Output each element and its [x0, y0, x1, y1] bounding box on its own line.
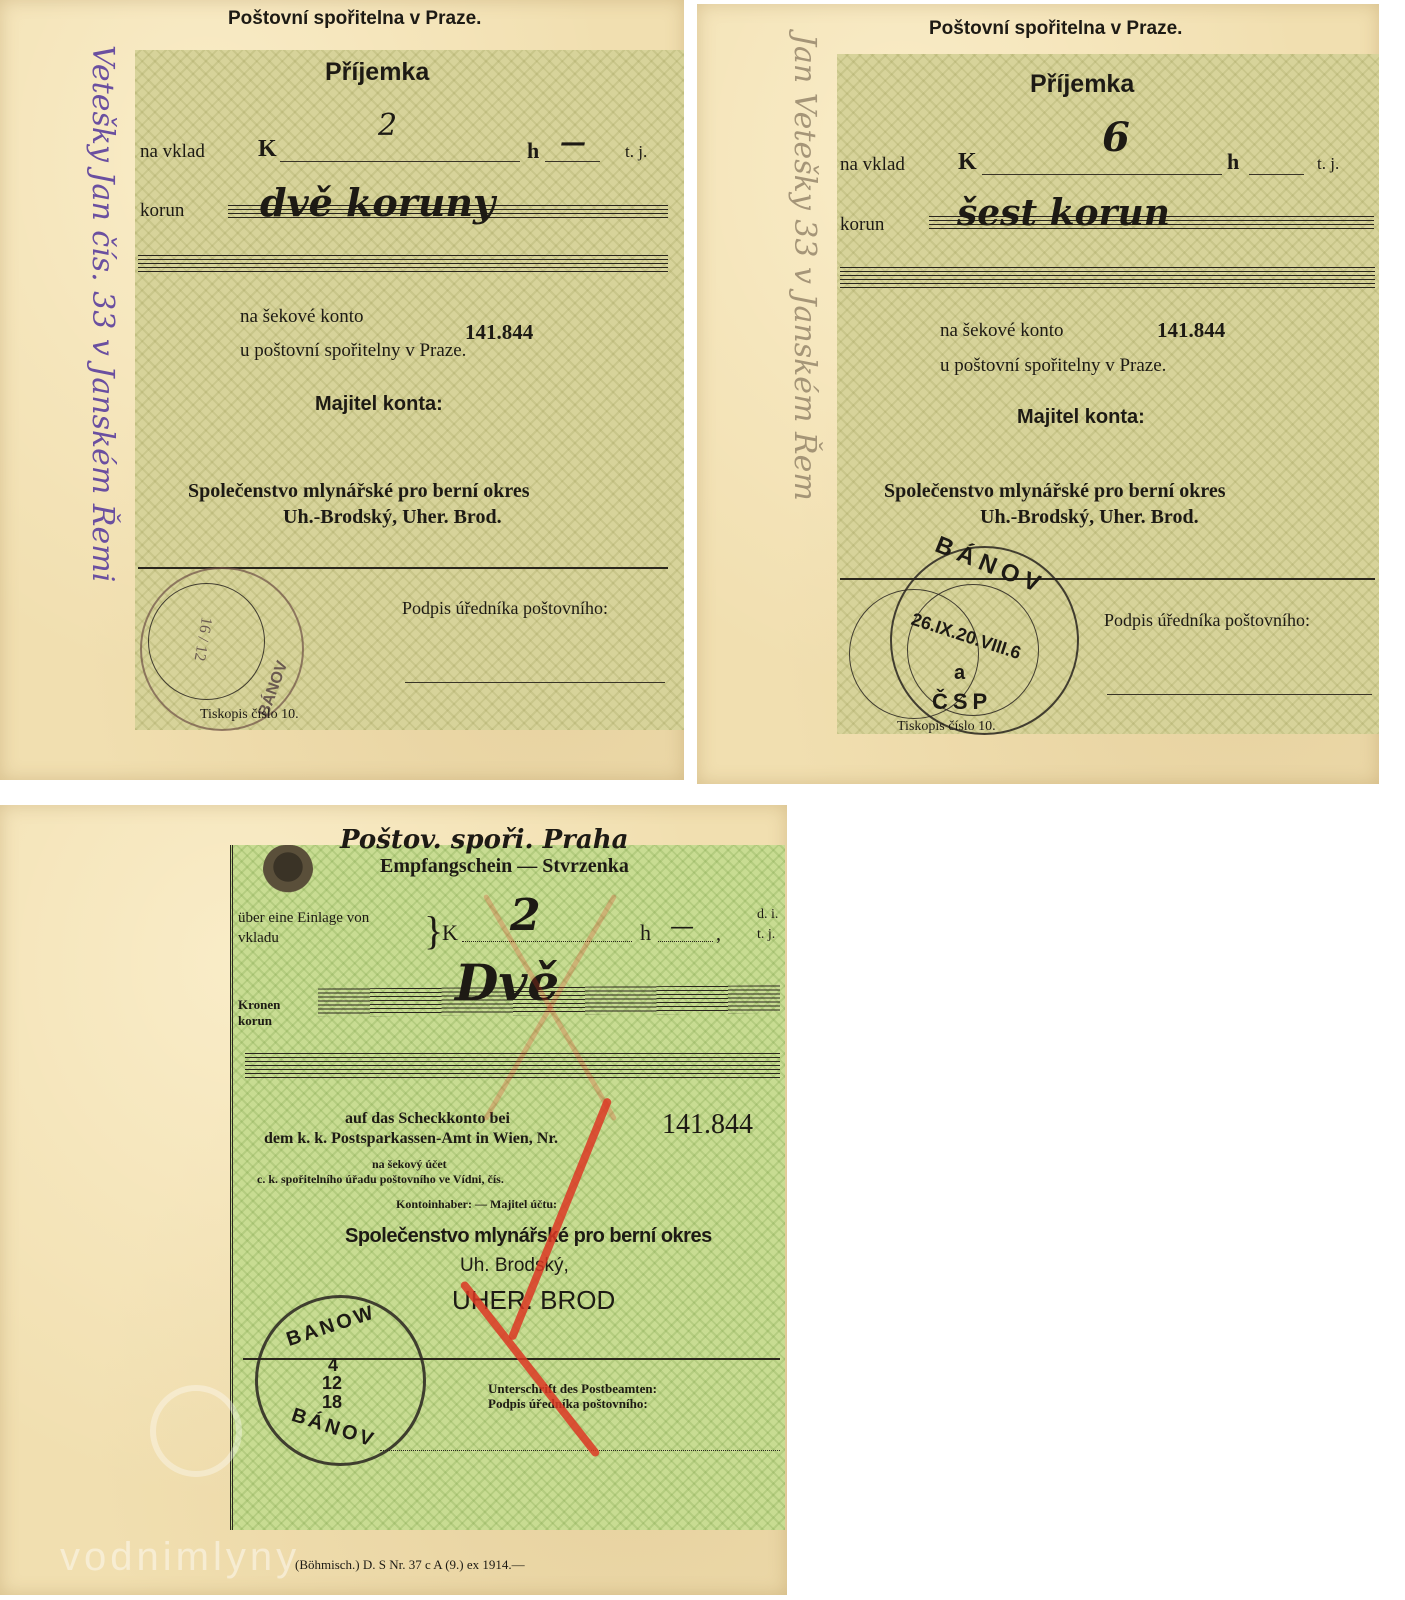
receipt-2-amount-k: 6	[1102, 114, 1130, 161]
receipt-1-owner-line1: Společenstvo mlynářské pro berní okres	[188, 480, 530, 503]
receipt-1-signature-label: Podpis úředníka poštovního:	[402, 598, 608, 619]
austrian-currency-h: h	[640, 920, 651, 946]
austrian-owner-label: Kontoinhaber: — Majitel účtu:	[396, 1197, 557, 1212]
austrian-amount-words: Dvě	[455, 953, 559, 1012]
receipt-1-korun-label: korun	[140, 200, 184, 222]
austrian-deposit-label-cz: vkladu	[238, 930, 279, 947]
receipt-1-deposit-label: na vklad	[140, 141, 205, 163]
austrian-title: Empfangschein — Stvrzenka	[380, 855, 629, 878]
receipt-1-account-line1: na šekové konto	[240, 306, 363, 328]
receipt-1-title: Příjemka	[325, 58, 429, 87]
austrian-postmark-year: 18	[322, 1392, 342, 1413]
receipt-2-owner-label: Majitel konta:	[1017, 406, 1145, 429]
receipt-2-signature-line	[1107, 694, 1372, 695]
austrian-signature-label-cz: Podpis úředníka poštovního:	[488, 1396, 648, 1412]
receipt-2-header: Poštovní spořitelna v Praze.	[929, 18, 1182, 40]
austrian-brace-left: }	[424, 907, 443, 954]
receipt-2-korun-label: korun	[840, 214, 884, 236]
austrian-account-cz-line2: c. k. spořitelního úřadu poštovního ve V…	[257, 1172, 504, 1187]
receipt-2-account-line1: na šekové konto	[940, 320, 1063, 342]
receipt-2-account-line2: u poštovní spořitelny v Praze.	[940, 355, 1166, 377]
austrian-kronen-label: Kronen	[238, 997, 280, 1013]
receipt-1-amount-words: dvě koruny	[260, 180, 495, 225]
austrian-korun-label: korun	[238, 1013, 272, 1029]
receipt-1-h-line	[545, 161, 600, 162]
austrian-k-line	[462, 941, 632, 942]
watermark-logo-icon	[150, 1385, 242, 1477]
receipt-2-postmark-suffix: a	[954, 662, 965, 685]
austrian-account-cz-line1: na šekový účet	[372, 1157, 447, 1172]
austrian-footer: (Böhmisch.) D. S Nr. 37 c A (9.) ex 1914…	[295, 1557, 525, 1573]
austrian-signature-line	[380, 1450, 780, 1451]
receipt-2-h-line	[1249, 174, 1304, 175]
receipt-1-account-line2: u poštovní spořitelny v Praze.	[240, 340, 466, 362]
austrian-deposit-label-de: über eine Einlage von	[238, 910, 369, 927]
receipt-2-blank-lines	[840, 267, 1375, 289]
receipt-1-currency-h: h	[527, 138, 539, 164]
receipt-2-k-line	[982, 174, 1222, 175]
receipt-2-amount-words: šest korun	[957, 192, 1170, 234]
receipt-1-owner-line2: Uh.-Brodský, Uher. Brod.	[283, 506, 502, 529]
receipt-1-k-line	[280, 161, 520, 162]
austrian-comma: ,	[716, 923, 721, 946]
receipt-2-form-number: Tiskopis číslo 10.	[897, 719, 996, 735]
receipt-2-signature-label: Podpis úředníka poštovního:	[1104, 610, 1310, 631]
receipt-2-deposit-label: na vklad	[840, 154, 905, 176]
austrian-handwritten-header: Poštov. spoři. Praha	[340, 825, 628, 855]
receipt-2-postmark-bottom: ČSP	[932, 689, 992, 715]
receipt-1-form-number: Tiskopis číslo 10.	[200, 707, 299, 723]
receipt-1-amount-h: —	[560, 128, 586, 158]
austrian-receipt: Poštov. spoři. Praha Empfangschein — Stv…	[0, 805, 787, 1595]
receipt-1-owner-label: Majitel konta:	[315, 393, 443, 416]
austrian-currency-k: K	[442, 920, 458, 946]
austrian-tj: t. j.	[757, 927, 775, 943]
receipt-2-title: Příjemka	[1030, 70, 1134, 99]
receipt-2-currency-h: h	[1227, 149, 1239, 175]
eagle-crest-icon	[263, 845, 313, 900]
receipt-1: Poštovní spořitelna v Praze. Příjemka na…	[0, 0, 684, 780]
austrian-h-line	[658, 941, 713, 942]
receipt-2-account-number: 141.844	[1157, 318, 1225, 343]
receipt-2: Poštovní spořitelna v Praze. Příjemka na…	[697, 4, 1379, 784]
austrian-account-number: 141.844	[662, 1109, 753, 1141]
receipt-1-margin-note: Vetešky Jan čís. 33 v Janském Řemi	[85, 45, 120, 582]
austrian-account-de-line2: dem k. k. Postsparkassen-Amt in Wien, Nr…	[264, 1130, 558, 1148]
receipt-1-amount-k: 2	[378, 108, 397, 143]
austrian-amount-h: —	[670, 912, 694, 940]
receipt-1-currency-k: K	[258, 136, 277, 163]
receipt-2-owner-line2: Uh.-Brodský, Uher. Brod.	[980, 506, 1199, 529]
austrian-amount-k: 2	[510, 890, 541, 941]
austrian-signature-label-de: Unterschrift des Postbeamten:	[488, 1381, 657, 1397]
receipt-2-owner-line1: Společenstvo mlynářské pro berní okres	[884, 480, 1226, 503]
receipt-2-currency-k: K	[958, 149, 977, 176]
austrian-di: d. i.	[757, 907, 778, 923]
austrian-owner-line1: Společenstvo mlynářské pro berní okres	[345, 1225, 712, 1248]
austrian-owner-line2: Uh. Brodský,	[460, 1255, 569, 1277]
receipt-1-blank-lines	[138, 255, 668, 275]
receipt-1-signature-line	[405, 682, 665, 683]
austrian-postmark-month: 12	[322, 1373, 342, 1394]
receipt-1-account-number: 141.844	[465, 320, 533, 345]
receipt-1-tj: t. j.	[625, 142, 647, 162]
receipt-1-header: Poštovní spořitelna v Praze.	[228, 8, 481, 30]
receipt-2-tj: t. j.	[1317, 154, 1339, 174]
receipt-2-margin-note: Jan Vetešky 33 v Janském Řem	[787, 34, 822, 501]
watermark: vodnimlyny	[60, 1535, 300, 1580]
